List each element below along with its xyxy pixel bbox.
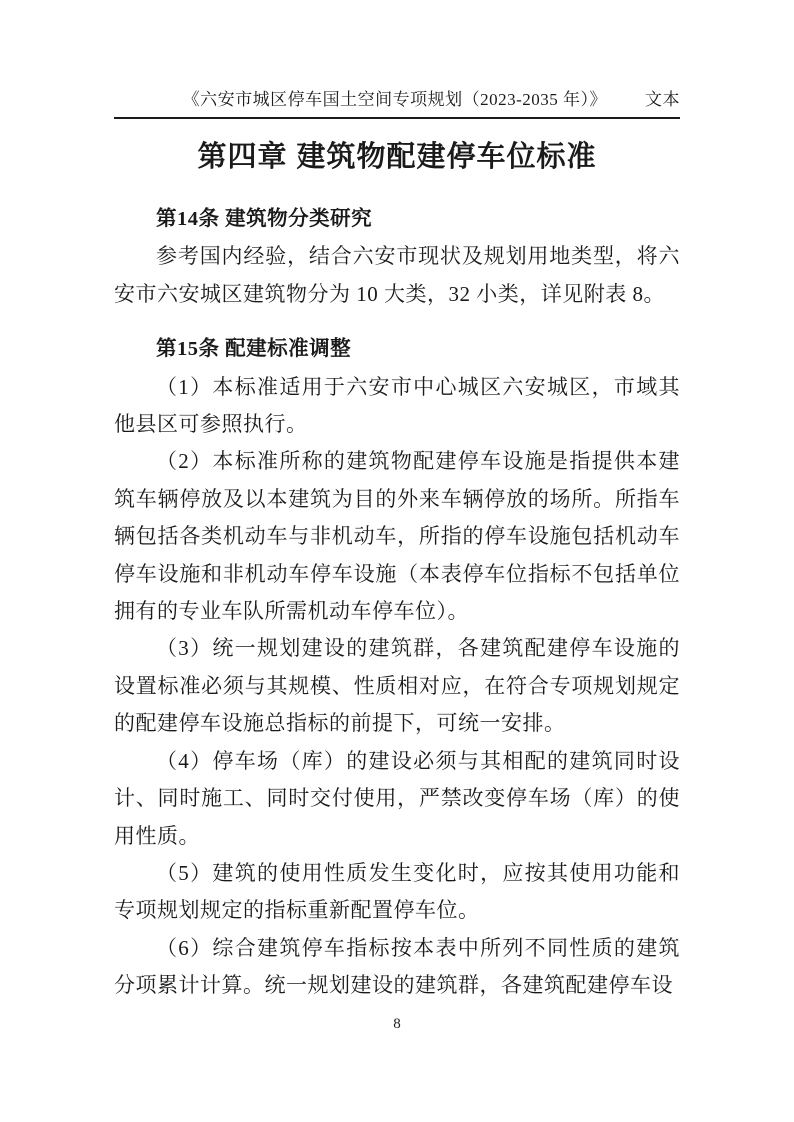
section-15-paragraph-4: （4）停车场（库）的建设必须与其相配的建筑同时设计、同时施工、同时交付使用，严禁… [114,743,680,855]
section-15-paragraph-2: （2）本标准所称的建筑物配建停车设施是指提供本建筑车辆停放及以本建筑为目的外来车… [114,443,680,630]
header-document-title: 《六安市城区停车国土空间专项规划（2023-2035 年）》 [183,90,607,109]
section-15-paragraph-1: （1）本标准适用于六安市中心城区六安城区，市域其他县区可参照执行。 [114,369,680,444]
section-14-heading: 第14条 建筑物分类研究 [114,201,680,238]
section-15-paragraph-5: （5）建筑的使用性质发生变化时，应按其使用功能和专项规划规定的指标重新配置停车位… [114,855,680,930]
section-15-paragraph-3: （3）统一规划建设的建筑群，各建筑配建停车设施的设置标准必须与其规模、性质相对应… [114,630,680,742]
document-page: 《六安市城区停车国土空间专项规划（2023-2035 年）》文本 第四章 建筑物… [0,0,794,1122]
section-14-paragraph-1: 参考国内经验，结合六安市现状及规划用地类型，将六安市六安城区建筑物分为 10 大… [114,238,680,313]
page-content: 《六安市城区停车国土空间专项规划（2023-2035 年）》文本 第四章 建筑物… [114,0,680,1005]
section-15-paragraph-6: （6）综合建筑停车指标按本表中所列不同性质的建筑分项累计计算。统一规划建设的建筑… [114,930,680,1005]
header-doc-type-label: 文本 [645,90,680,109]
section-15-heading: 第15条 配建标准调整 [114,331,680,368]
chapter-title: 第四章 建筑物配建停车位标准 [114,131,680,183]
page-header: 《六安市城区停车国土空间专项规划（2023-2035 年）》文本 [114,88,680,119]
page-number: 8 [0,1014,794,1034]
